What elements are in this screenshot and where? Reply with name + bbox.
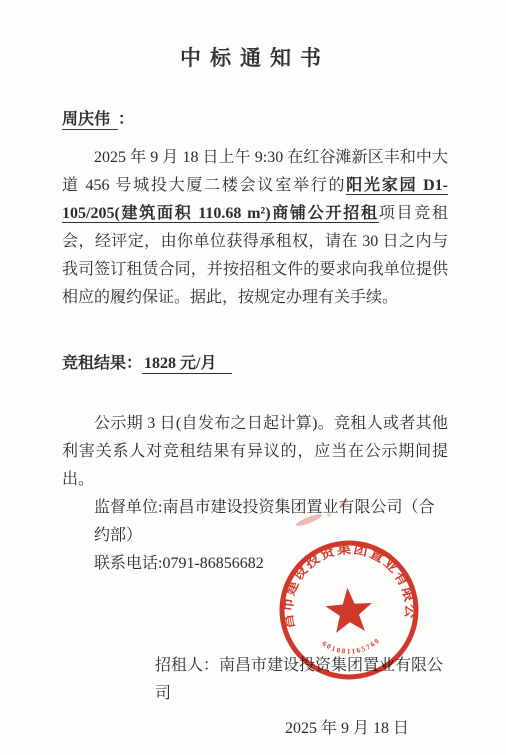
seal-star-icon: [324, 586, 373, 633]
issue-date: 2025 年 9 月 18 日: [62, 715, 448, 743]
lessor-label: 招租人：: [155, 657, 219, 674]
body-paragraph-1: 2025 年 9 月 18 日上午 9:30 在红谷滩新区丰和中大道 456 号…: [62, 144, 448, 312]
bid-result-label: 竞租结果：: [62, 355, 142, 372]
recipient-line: 周庆伟：: [62, 108, 448, 132]
phone-line: 联系电话:0791-86856682: [62, 550, 448, 578]
bid-result-line: 竞租结果：1828 元/月: [62, 350, 448, 378]
public-notice-paragraph: 公示期 3 日(自发布之日起计算)。竞租人或者其他利害关系人对竞租结果有异议的，…: [62, 410, 448, 494]
lessor-line: 招租人：南昌市建设投资集团置业有限公司: [62, 652, 448, 708]
recipient-colon: ：: [118, 111, 134, 128]
supervisor-line: 监督单位:南昌市建设投资集团置业有限公司（合约部）: [62, 494, 448, 550]
recipient-name: 周庆伟: [62, 111, 118, 130]
page-title: 中标通知书: [62, 42, 448, 72]
bid-result-value: 1828 元/月: [142, 355, 232, 374]
document-page: 中标通知书 周庆伟： 2025 年 9 月 18 日上午 9:30 在红谷滩新区…: [0, 0, 506, 755]
signature-block: 招租人：南昌市建设投资集团置业有限公司 2025 年 9 月 18 日: [62, 652, 448, 743]
